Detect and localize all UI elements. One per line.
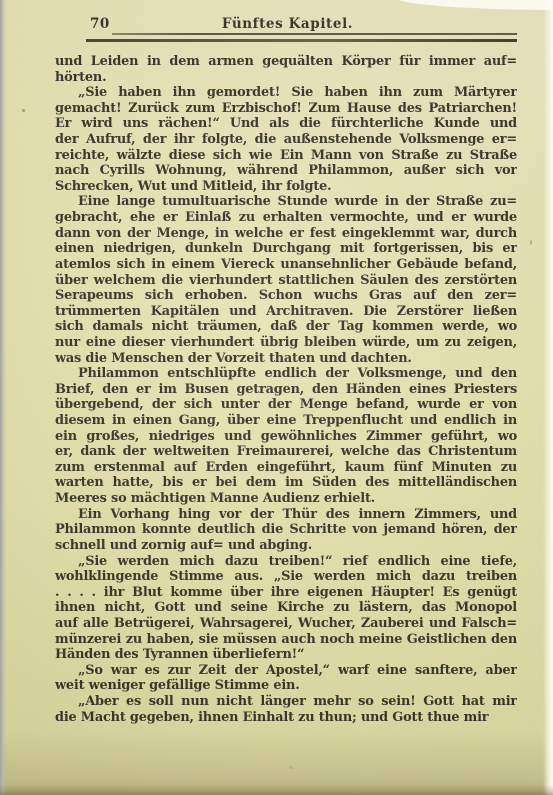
header-rule-thin [112,33,517,35]
text-line: Serapeums sich erhoben. Schon wuchs Gras… [55,288,517,304]
text-line: nach Cyrills Wohnung, während Philammon,… [55,163,517,179]
text-line: er, dank der weltweiten Freimaurerei, we… [55,444,517,460]
paragraph: „Sie werden mich dazu treiben!“ rief end… [55,554,517,663]
text-line: wohlklingende Stimme aus. „Sie werden mi… [55,569,517,585]
text-line: warten hatte, bis er bei dem im Süden de… [55,475,517,491]
text-line: einen niedrigen, dunkeln Durchgang mit f… [55,241,517,257]
text-line: weit weniger gefällige Stimme ein. [55,678,517,694]
text-line: übergebend, der sich unter der Menge bef… [55,397,517,413]
page-edge-left [0,0,7,795]
text-line: „Sie werden mich dazu treiben!“ rief end… [55,554,517,570]
paragraph: Eine lange tumultuarische Stunde wurde i… [55,194,517,366]
paragraph: „So war es zur Zeit der Apostel,“ warf e… [55,663,517,694]
text-line: dann von der Menge, in welche er fest ei… [55,226,517,242]
text-line: ihnen nicht, Gott und seine Kirche zu lä… [55,600,517,616]
paragraph: „Sie haben ihn gemordet! Sie haben ihn z… [55,85,517,194]
text-line: reichte, wälzte diese sich wie Ein Mann … [55,148,517,164]
text-line: nur eine dieser vierhundert übrig bleibe… [55,335,517,351]
text-line: münzerei zu haben, sie müssen auch noch … [55,632,517,648]
text-line: gebracht, ehe er Einlaß zu erhalten verm… [55,210,517,226]
text-line: ein großes, niedriges und gewöhnliches Z… [55,429,517,445]
text-line: gemacht! Zurück zum Erzbischof! Zum Haus… [55,101,517,117]
text-line: Schrecken, Wut und Mitleid, ihr folgte. [55,179,517,195]
text-line: sich damals nicht träumen, daß der Tag k… [55,319,517,335]
text-line: Händen des Tyrannen überliefern!“ [55,647,517,663]
page-corner-highlight [394,0,553,10]
text-line: Philammon konnte deutlich die Schritte v… [55,522,517,538]
text-line: der Aufruf, der ihr folgte, die außenste… [55,132,517,148]
paragraph: „Aber es soll nun nicht länger mehr so s… [55,694,517,725]
running-header: Fünftes Kapitel. [222,16,353,32]
text-line: die Macht gegeben, ihnen Einhalt zu thun… [55,710,517,726]
text-line: trümmerten Kapitälen und Architraven. Di… [55,304,517,320]
text-line: Ein Vorhang hing vor der Thür des innern… [55,507,517,523]
text-line: schnell und zornig auf= und abging. [55,538,517,554]
text-line: Philammon entschlüpfte endlich der Volks… [55,366,517,382]
text-line: was die Menschen der Vorzeit thaten und … [55,351,517,367]
paragraph: Ein Vorhang hing vor der Thür des innern… [55,507,517,554]
text-line: atemlos sich in einem Viereck unansehnli… [55,257,517,273]
book-page-scan: 70 Fünftes Kapitel. und Leiden in dem ar… [0,0,553,795]
text-line: . . . . ihr Blut komme über ihre eigenen… [55,585,517,601]
page-edge-bottom [0,785,553,795]
text-line: und Leiden in dem armen gequälten Körper… [55,54,517,70]
ink-speck [530,240,532,245]
text-line: über welchem die vierhundert stattlichen… [55,273,517,289]
page-edge-right [543,0,553,795]
text-line: Er wird uns rächen!“ Und als die fürchte… [55,116,517,132]
ink-speck [22,109,25,112]
text-line: Meeres so mächtigen Manne Audienz erhiel… [55,491,517,507]
text-line: hörten. [55,70,517,86]
page-number: 70 [90,16,110,32]
text-line: Brief, den er im Busen getragen, den Hän… [55,382,517,398]
text-line: Eine lange tumultuarische Stunde wurde i… [55,194,517,210]
paragraph: Philammon entschlüpfte endlich der Volks… [55,366,517,506]
text-line: „So war es zur Zeit der Apostel,“ warf e… [55,663,517,679]
paragraph: und Leiden in dem armen gequälten Körper… [55,54,517,85]
text-line: zum erstenmal auf Erden eingeführt, kaum… [55,460,517,476]
text-body: und Leiden in dem armen gequälten Körper… [55,54,517,725]
text-line: auf alle Betrügerei, Wahrsagerei, Wucher… [55,616,517,632]
ink-speck [289,766,293,769]
text-line: „Aber es soll nun nicht länger mehr so s… [55,694,517,710]
text-line: diesem in einen Gang, über eine Treppenf… [55,413,517,429]
header-rule-thick [86,39,517,42]
text-line: „Sie haben ihn gemordet! Sie haben ihn z… [55,85,517,101]
